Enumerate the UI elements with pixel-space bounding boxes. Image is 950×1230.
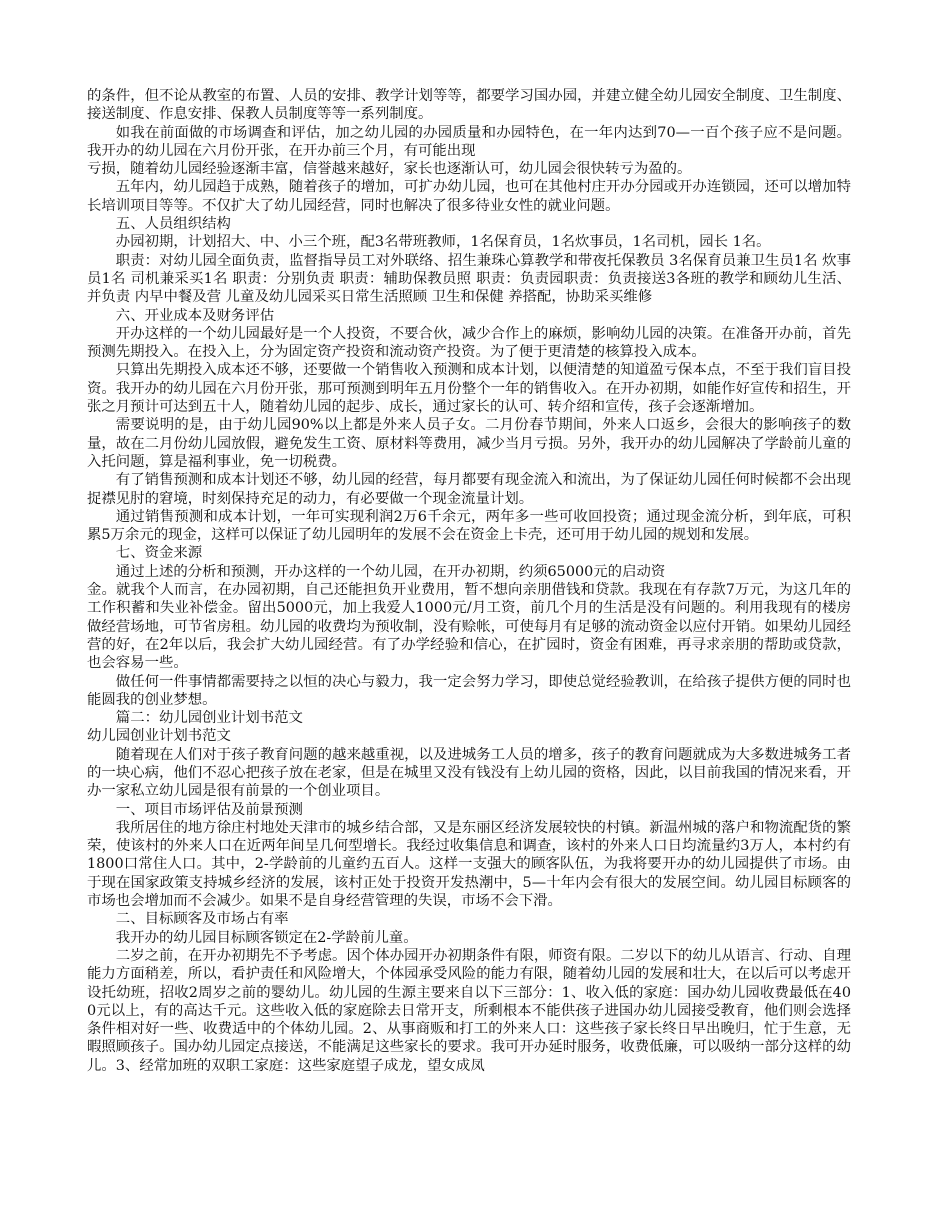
paragraph: 的条件，但不论从教室的布置、人员的安排、教学计划等等，都要学习国办园，并建立健全…	[87, 87, 851, 124]
paragraph: 二岁之前，在开办初期先不予考虑。因个体办园开办初期条件有限，师资有限。二岁以下的…	[87, 947, 851, 1075]
paragraph: 我开办的幼儿园目标顾客锁定在2-学龄前儿童。	[87, 929, 851, 947]
paragraph: 如我在前面做的市场调查和评估，加之幼儿园的办园质量和办园特色，在一年内达到70—…	[87, 124, 851, 161]
paragraph: 开办这样的一个幼儿园最好是一个人投资，不要合伙，减少合作上的麻烦，影响幼儿园的决…	[87, 325, 851, 362]
paragraph: 有了销售预测和成本计划还不够，幼儿园的经营，每月都要有现金流入和流出，为了保证幼…	[87, 471, 851, 508]
paragraph: 五年内，幼儿园趋于成熟，随着孩子的增加，可扩办幼儿园，也可在其他村庄开办分园或开…	[87, 178, 851, 215]
paragraph: 通过上述的分析和预测，开办这样的一个幼儿园，在开办初期，约须65000元的启动资	[87, 563, 851, 581]
paragraph: 办园初期，计划招大、中、小三个班，配3名带班教师，1名保育员，1名炊事员，1名司…	[87, 233, 851, 251]
document-title: 幼儿园创业计划书范文	[87, 727, 851, 745]
paragraph: 亏损，随着幼儿园经验逐渐丰富，信誉越来越好，家长也逐渐认可，幼儿园会很快转亏为盈…	[87, 160, 851, 178]
part-heading: 篇二：幼儿园创业计划书范文	[87, 709, 851, 727]
paragraph: 只算出先期投入成本还不够，还要做一个销售收入预测和成本计划，以便清楚的知道盈亏保…	[87, 361, 851, 416]
section-heading: 一、项目市场评估及前景预测	[87, 801, 851, 819]
section-heading: 六、开业成本及财务评估	[87, 307, 851, 325]
paragraph: 我所居住的地方徐庄村地处天津市的城乡结合部，又是东丽区经济发展较快的村镇。新温州…	[87, 819, 851, 910]
section-heading: 二、目标顾客及市场占有率	[87, 910, 851, 928]
document-page: 的条件，但不论从教室的布置、人员的安排、教学计划等等，都要学习国办园，并建立健全…	[87, 87, 851, 1075]
paragraph: 职责：对幼儿园全面负责，监督指导员工对外联络、招生兼珠心算教学和带夜托保教员 3…	[87, 252, 851, 307]
paragraph: 随着现在人们对于孩子教育问题的越来越重视，以及进城务工人员的增多，孩子的教育问题…	[87, 746, 851, 801]
paragraph: 需要说明的是，由于幼儿园90%以上都是外来人员子女。二月份春节期间，外来人口返乡…	[87, 416, 851, 471]
section-heading: 七、资金来源	[87, 544, 851, 562]
paragraph: 金。就我个人而言，在办园初期，自己还能担负开业费用，暂不想向亲朋借钱和贷款。我现…	[87, 581, 851, 672]
section-heading: 五、人员组织结构	[87, 215, 851, 233]
paragraph: 通过销售预测和成本计划，一年可实现利润2万6千余元，两年多一些可收回投资；通过现…	[87, 508, 851, 545]
paragraph: 做任何一件事情都需要持之以恒的决心与毅力，我一定会努力学习，即使总觉经验教训，在…	[87, 673, 851, 710]
